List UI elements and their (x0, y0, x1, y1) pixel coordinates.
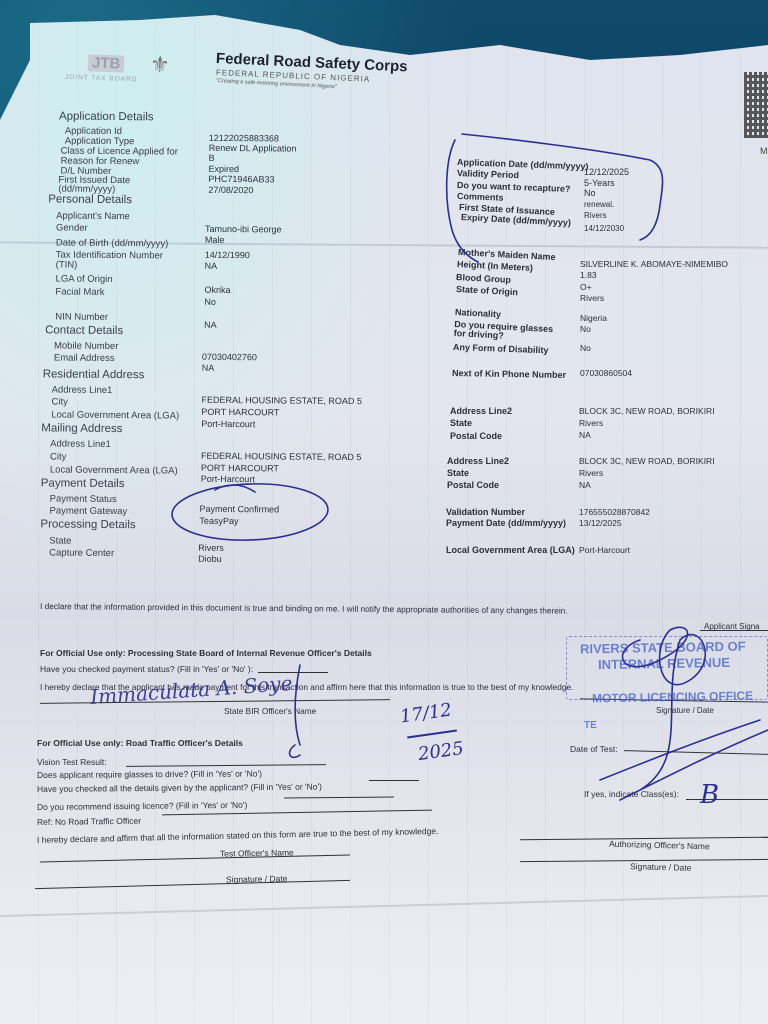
field-value: NA (579, 430, 591, 441)
field-value: NA (202, 363, 215, 374)
jtb-logo: JTB (88, 54, 125, 73)
field-label: Tax Identification Number (TIN) (56, 250, 186, 271)
field-value: Rivers (579, 468, 603, 479)
section-application-details: Application Details (59, 111, 154, 124)
ref-text: Ref: No Road Traffic Officer (37, 816, 141, 828)
field-label: Validity Period (457, 168, 519, 181)
field-label: Payment Gateway (49, 505, 127, 517)
class-line[interactable] (686, 799, 768, 800)
section-personal-details: Personal Details (48, 193, 132, 206)
field-value: O+ (580, 282, 592, 293)
field-value: Rivers (580, 293, 604, 304)
field-value: PHC71946AB33 (208, 174, 274, 186)
field-value: No (580, 343, 591, 354)
date-of-test-label: Date of Test: (570, 744, 618, 755)
section-payment-details: Payment Details (41, 477, 125, 490)
field-label: LGA of Origin (56, 273, 113, 284)
vision-test-line[interactable] (126, 764, 326, 767)
field-value: NA (204, 320, 217, 331)
field-value: Okrika (204, 285, 230, 296)
field-label: Capture Center (49, 547, 114, 559)
vision-test-label: Vision Test Result: (37, 757, 107, 768)
field-value: PORT HARCOURT (201, 407, 279, 419)
frsc-emblem-icon: ⚜ (149, 52, 170, 79)
field-label: Address Line1 (50, 438, 111, 450)
field-label: State (450, 418, 472, 429)
field-label: Validation Number (446, 507, 525, 518)
stamp-line-4: TE (584, 720, 597, 731)
field-label: City (51, 396, 67, 407)
field-label: Address Line2 (450, 406, 512, 417)
field-value: 12/12/2025 (584, 167, 629, 178)
field-label: First Issued Date (dd/mm/yyyy) (58, 176, 178, 195)
question-glasses: Does applicant require glasses to drive?… (37, 768, 262, 781)
field-label: Local Government Area (LGA) (51, 409, 179, 421)
field-value: BLOCK 3C, NEW ROAD, BORIKIRI (579, 456, 715, 467)
class-label: If yes, indicate Class(es): (584, 789, 679, 800)
test-officer-name-label: Test Officer's Name (220, 847, 294, 859)
field-value: FEDERAL HOUSING ESTATE, ROAD 5 (201, 395, 361, 407)
test-officer-name-line[interactable] (40, 854, 350, 862)
handwritten-bir-officer-name: Immaculata A. Soye (89, 671, 293, 709)
authorizing-officer-label: Authorizing Officer's Name (609, 839, 710, 853)
field-value: renewal. (584, 199, 614, 210)
validation-number-value: 176555028870842 (579, 507, 650, 518)
section-processing-details: Processing Details (40, 518, 135, 531)
field-value: BLOCK 3C, NEW ROAD, BORIKIRI (579, 406, 715, 417)
qr-code-icon (744, 72, 768, 138)
field-label: State (447, 468, 469, 479)
field-value: B (209, 153, 215, 164)
bir-section-heading: For Official Use only: Processing State … (40, 648, 372, 659)
field-label: Postal Code (450, 431, 502, 442)
field-label: Postal Code (447, 480, 499, 491)
checked-details-line[interactable] (369, 780, 419, 781)
field-value: SILVERLINE K. ABOMAYE-NIMEMIBO (580, 259, 728, 270)
field-label: Next of Kin Phone Number (452, 368, 566, 381)
field-value: 14/12/2030 (584, 223, 624, 234)
road-traffic-heading: For Official Use only: Road Traffic Offi… (37, 738, 243, 749)
field-value: NA (205, 261, 218, 272)
field-value: Rivers (579, 418, 603, 429)
field-value: 1.83 (580, 270, 597, 281)
test-officer-signature-line[interactable] (35, 880, 350, 889)
test-officer-signature-label: Signature / Date (226, 873, 288, 885)
date-of-test-line[interactable] (624, 750, 768, 755)
field-label: Applicant's Name (56, 210, 130, 222)
field-value: Rivers (198, 543, 224, 554)
field-label: Local Government Area (LGA) (50, 464, 178, 476)
field-value: 14/12/1990 (205, 250, 250, 261)
document-content: JTB JOINT TAX BOARD ⚜ Federal Road Safet… (0, 0, 768, 1024)
field-label: Email Address (54, 352, 115, 364)
field-value: No (580, 324, 591, 335)
question-recommend: Do you recommend issuing licence? (Fill … (37, 800, 247, 813)
field-value: Male (205, 235, 225, 246)
handwritten-class: B (700, 780, 719, 810)
field-label: Payment Status (50, 493, 117, 505)
field-label: Any Form of Disability (453, 342, 549, 356)
field-label: NIN Number (55, 311, 108, 322)
applicant-signature-label: Applicant Signa (704, 621, 760, 632)
field-label: Do you require glasses for driving? (454, 320, 565, 344)
field-label: Local Government Area (LGA) (446, 545, 575, 556)
stamp-border (566, 636, 768, 700)
field-value: PORT HARCOURT (201, 463, 279, 475)
jtb-caption: JOINT TAX BOARD (65, 74, 138, 84)
field-value: Renew DL Application (209, 143, 297, 155)
payment-date-value: 13/12/2025 (579, 518, 622, 529)
question-checked-details: Have you checked all the details given b… (37, 782, 322, 795)
field-value: Nigeria (580, 313, 607, 324)
section-contact-details: Contact Details (45, 324, 123, 337)
bir-signature-label: Signature / Date (656, 705, 714, 716)
affirm-text: I hereby declare and affirm that all the… (37, 826, 439, 846)
handwritten-date-day-month: 17/12 (399, 699, 453, 727)
field-label: State (49, 535, 71, 546)
field-label: Address Line1 (52, 384, 113, 396)
payment-status-value: Payment Confirmed (200, 504, 280, 516)
payment-gateway-value: TeasyPay (199, 516, 238, 527)
field-value: FEDERAL HOUSING ESTATE, ROAD 5 (201, 451, 361, 463)
field-value: 27/08/2020 (208, 185, 253, 196)
field-label: Mobile Number (54, 340, 119, 352)
field-value: NA (579, 480, 591, 491)
handwritten-date-divider (407, 730, 457, 738)
field-value: No (204, 297, 216, 308)
section-mailing-address: Mailing Address (41, 422, 122, 435)
field-label: City (50, 451, 66, 462)
field-value: Diobu (198, 554, 222, 565)
section-residential-address: Residential Address (43, 368, 145, 381)
field-value: Port-Harcourt (201, 419, 255, 430)
field-value: 07030860504 (580, 368, 632, 379)
jtb-logo-text: JTB (88, 54, 125, 72)
field-value: 07030402760 (202, 352, 257, 363)
field-value: Tamuno-ibi George (205, 224, 282, 236)
field-label: Gender (56, 222, 88, 233)
field-value: No (584, 188, 596, 199)
field-value: Rivers (584, 210, 607, 221)
declaration-text: I declare that the information provided … (40, 601, 568, 617)
recommend-line[interactable] (284, 797, 394, 799)
field-label: Address Line2 (447, 456, 509, 467)
bir-question-payment: Have you checked payment status? (Fill i… (40, 664, 253, 675)
authorizing-signature-label: Signature / Date (630, 861, 692, 874)
bir-officer-name-label: State BIR Officer's Name (224, 706, 316, 717)
field-label: Payment Date (dd/mm/yyyy) (446, 518, 566, 529)
qr-caption: M (760, 146, 768, 157)
field-label: Date of Birth (dd/mm/yyyy) (56, 237, 169, 249)
field-label: Facial Mark (55, 286, 104, 297)
field-value: Port-Harcourt (579, 545, 630, 556)
field-label: State of Origin (456, 284, 519, 298)
field-value: Port-Harcourt (201, 474, 255, 485)
handwritten-date-year: 2025 (417, 738, 465, 765)
